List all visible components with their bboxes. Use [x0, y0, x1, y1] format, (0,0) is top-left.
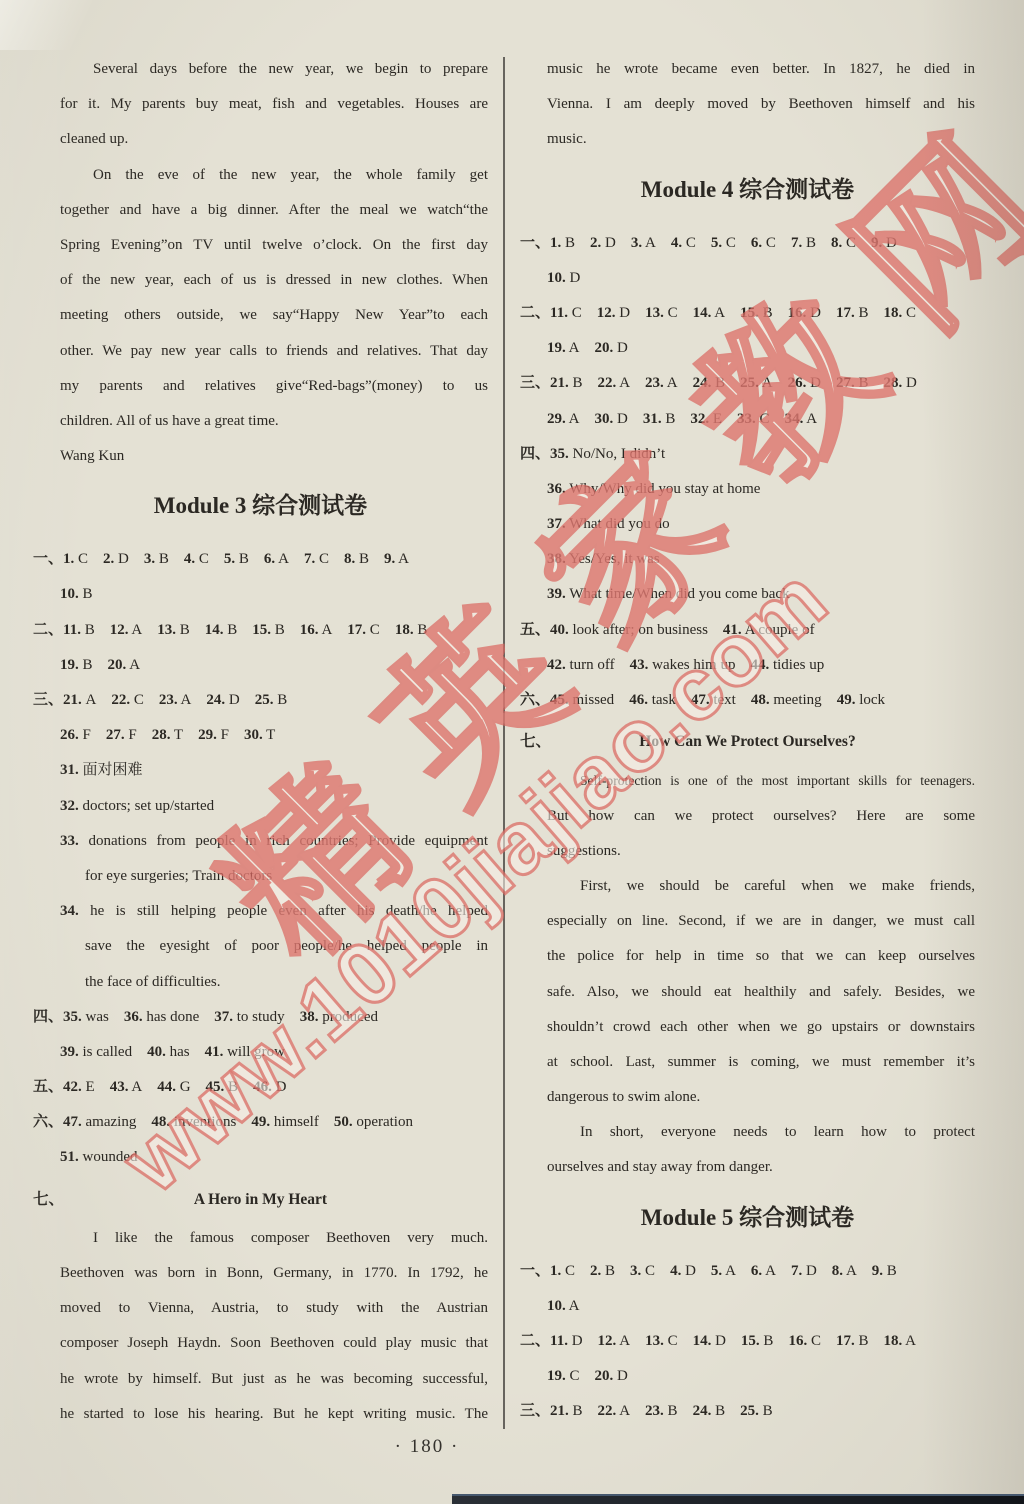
answer-number: 15.: [740, 305, 759, 321]
module-heading: Module 4 综合测试卷: [520, 170, 975, 210]
answer-number: 16.: [788, 1333, 807, 1349]
body-line: meeting others outside, we say“Happy New…: [33, 298, 488, 333]
answer-number: 25.: [255, 692, 274, 708]
answer-number: 28.: [152, 727, 171, 743]
answer-number: 13.: [157, 622, 176, 638]
section-marker: 一、: [33, 551, 63, 567]
page-number: · 180 ·: [372, 1436, 482, 1458]
passage-title-text: A Hero in My Heart: [194, 1191, 327, 1208]
answer-line: 三、21. B 22. A 23. A 24. B 25. A 26. D 27…: [520, 366, 975, 401]
section-marker: 一、: [520, 1263, 550, 1279]
answer-line: 36. Why/Why did you stay at home: [520, 472, 975, 507]
signature: Wang Kun: [33, 439, 488, 474]
passage-title: 七、How Can We Protect Ourselves?: [520, 724, 975, 759]
workbook-answer-page: Several days before the new year, we beg…: [0, 0, 1024, 1504]
answer-number: 31.: [60, 762, 79, 778]
answer-number: 49.: [251, 1114, 270, 1130]
body-line: of the new year, each of us is dressed i…: [33, 263, 488, 298]
answer-number: 24.: [206, 692, 225, 708]
answer-number: 15.: [252, 622, 271, 638]
answer-number: 7.: [791, 1263, 802, 1279]
answer-line: 42. turn off 43. wakes him up 44. tidies…: [520, 648, 975, 683]
answer-number: 20.: [595, 1368, 614, 1384]
answer-number: 3.: [631, 235, 642, 251]
answer-number: 2.: [103, 551, 114, 567]
answer-number: 27.: [836, 375, 855, 391]
answer-number: 32.: [690, 411, 709, 427]
body-line: my parents and relatives give“Red-bags”(…: [33, 369, 488, 404]
answer-number: 2.: [590, 235, 601, 251]
answer-number: 46.: [629, 692, 648, 708]
answer-number: 10.: [60, 586, 79, 602]
body-line: First, we should be careful when we make…: [520, 869, 975, 904]
answer-number: 26.: [788, 375, 807, 391]
body-line: moved to Vienna, Austria, to study with …: [33, 1291, 488, 1326]
body-line: safe. Also, we should eat healthily and …: [520, 975, 975, 1010]
answer-number: 32.: [60, 798, 79, 814]
answer-number: 34.: [785, 411, 804, 427]
answer-number: 18.: [395, 622, 414, 638]
answer-number: 47.: [691, 692, 710, 708]
section-marker: 三、: [33, 692, 63, 708]
answer-number: 35.: [550, 446, 569, 462]
body-line: But how can we protect ourselves? Here a…: [520, 799, 975, 834]
answer-line: 39. What time/When did you come back: [520, 577, 975, 612]
section-marker: 三、: [520, 375, 550, 391]
answer-number: 21.: [550, 1403, 569, 1419]
body-line: shouldn’t crowd each other when we go up…: [520, 1010, 975, 1045]
answer-number: 4.: [670, 1263, 681, 1279]
body-line: the police for help in time so that we c…: [520, 939, 975, 974]
answer-number: 21.: [550, 375, 569, 391]
answer-number: 45.: [206, 1079, 225, 1095]
answer-number: 9.: [872, 1263, 883, 1279]
body-line: On the eve of the new year, the whole fa…: [33, 158, 488, 193]
section-marker: 六、: [33, 1114, 63, 1130]
body-line: In short, everyone needs to learn how to…: [520, 1115, 975, 1150]
answer-number: 10.: [547, 270, 566, 286]
answer-line: 10. A: [520, 1289, 975, 1324]
answer-number: 23.: [645, 1403, 664, 1419]
body-line: music he wrote became even better. In 18…: [520, 52, 975, 87]
answer-number: 3.: [144, 551, 155, 567]
answer-line: 六、45. missed 46. task 47. text 48. meeti…: [520, 683, 975, 718]
answer-number: 38.: [547, 551, 566, 567]
answer-number: 37.: [547, 516, 566, 532]
answer-number: 19.: [60, 657, 79, 673]
answer-number: 48.: [751, 692, 770, 708]
answer-number: 25.: [740, 1403, 759, 1419]
answer-number: 51.: [60, 1149, 79, 1165]
photo-corner-highlight: [0, 0, 150, 50]
section-marker: 五、: [520, 622, 550, 638]
body-line: Spring Evening”on TV until twelve o’cloc…: [33, 228, 488, 263]
answer-number: 24.: [693, 375, 712, 391]
answer-number: 41.: [205, 1044, 224, 1060]
answer-number: 18.: [883, 305, 902, 321]
passage-title-text: How Can We Protect Ourselves?: [639, 733, 855, 750]
section-marker: 二、: [520, 305, 550, 321]
body-line: children. All of us have a great time.: [33, 404, 488, 439]
answer-line: 37. What did you do: [520, 507, 975, 542]
body-line: music.: [520, 122, 975, 157]
section-marker: 三、: [520, 1403, 550, 1419]
answer-line: 10. B: [33, 577, 488, 612]
body-line: together and have a big dinner. After th…: [33, 193, 488, 228]
answer-number: 19.: [547, 340, 566, 356]
body-line: Several days before the new year, we beg…: [33, 52, 488, 87]
answer-number: 12.: [598, 1333, 617, 1349]
answer-number: 6.: [751, 1263, 762, 1279]
answer-number: 29.: [198, 727, 217, 743]
answer-line: 26. F 27. F 28. T 29. F 30. T: [33, 718, 488, 753]
answer-line: 三、21. A 22. C 23. A 24. D 25. B: [33, 683, 488, 718]
answer-number: 44.: [157, 1079, 176, 1095]
answer-number: 47.: [63, 1114, 82, 1130]
answer-number: 34.: [60, 903, 79, 919]
answer-number: 36.: [124, 1009, 143, 1025]
answer-line: 二、11. C 12. D 13. C 14. A 15. B 16. D 17…: [520, 296, 975, 331]
answer-number: 50.: [334, 1114, 353, 1130]
answer-number: 6.: [264, 551, 275, 567]
answer-number: 20.: [595, 340, 614, 356]
answer-number: 38.: [300, 1009, 319, 1025]
answer-number: 35.: [63, 1009, 82, 1025]
answer-number: 30.: [244, 727, 263, 743]
answer-number: 29.: [547, 411, 566, 427]
answer-number: 17.: [347, 622, 366, 638]
section-marker: 七、: [33, 1182, 64, 1217]
column-divider: [503, 57, 505, 1429]
answer-number: 16.: [300, 622, 319, 638]
body-line: cleaned up.: [33, 122, 488, 157]
answer-number: 28.: [883, 375, 902, 391]
answer-number: 14.: [693, 305, 712, 321]
answer-number: 27.: [106, 727, 125, 743]
answer-number: 39.: [60, 1044, 79, 1060]
answer-number: 18.: [883, 1333, 902, 1349]
answer-line: 二、11. D 12. A 13. C 14. D 15. B 16. C 17…: [520, 1324, 975, 1359]
answer-line: 39. is called 40. has 41. will grow: [33, 1035, 488, 1070]
section-marker: 四、: [33, 1009, 63, 1025]
passage-title: 七、A Hero in My Heart: [33, 1182, 488, 1217]
answer-number: 5.: [711, 1263, 722, 1279]
body-line: for it. My parents buy meat, fish and ve…: [33, 87, 488, 122]
answer-number: 13.: [645, 1333, 664, 1349]
answer-line: 四、35. was 36. has done 37. to study 38. …: [33, 1000, 488, 1035]
answer-number: 8.: [831, 235, 842, 251]
right-column: music he wrote became even better. In 18…: [520, 0, 975, 1430]
answer-number: 10.: [547, 1298, 566, 1314]
body-line: other. We pay new year calls to friends …: [33, 334, 488, 369]
answer-number: 24.: [693, 1403, 712, 1419]
answer-number: 43.: [110, 1079, 129, 1095]
answer-line: 33. donations from people in rich countr…: [33, 824, 488, 859]
answer-number: 15.: [741, 1333, 760, 1349]
answer-number: 8.: [344, 551, 355, 567]
answer-line: 31. 面对困难: [33, 753, 488, 788]
answer-number: 6.: [751, 235, 762, 251]
body-line: ourselves and stay away from danger.: [520, 1150, 975, 1185]
answer-line: 一、1. C 2. B 3. C 4. D 5. A 6. A 7. D 8. …: [520, 1254, 975, 1289]
answer-continuation: save the eyesight of poor people/he help…: [33, 929, 488, 964]
answer-number: 23.: [159, 692, 178, 708]
section-marker: 六、: [520, 692, 550, 708]
body-line: dangerous to swim alone.: [520, 1080, 975, 1115]
section-marker: 七、: [520, 724, 551, 759]
module-heading: Module 5 综合测试卷: [520, 1198, 975, 1238]
section-marker: 二、: [33, 622, 63, 638]
answer-line: 19. B 20. A: [33, 648, 488, 683]
answer-number: 22.: [598, 375, 617, 391]
answer-number: 13.: [645, 305, 664, 321]
body-line: especially on line. Second, if we are in…: [520, 904, 975, 939]
answer-number: 8.: [832, 1263, 843, 1279]
answer-number: 11.: [63, 622, 81, 638]
answer-line: 32. doctors; set up/started: [33, 789, 488, 824]
module-heading: Module 3 综合测试卷: [33, 486, 488, 526]
answer-number: 41.: [723, 622, 742, 638]
answer-number: 25.: [740, 375, 759, 391]
answer-line: 34. he is still helping people even afte…: [33, 894, 488, 929]
section-marker: 二、: [520, 1333, 550, 1349]
answer-number: 1.: [550, 235, 561, 251]
answer-number: 40.: [147, 1044, 166, 1060]
answer-line: 19. A 20. D: [520, 331, 975, 366]
answer-number: 16.: [788, 305, 807, 321]
answer-number: 20.: [108, 657, 127, 673]
body-line: at school. Last, summer is coming, we mu…: [520, 1045, 975, 1080]
answer-number: 1.: [63, 551, 74, 567]
answer-continuation: the face of difficulties.: [33, 965, 488, 1000]
answer-number: 48.: [151, 1114, 170, 1130]
answer-number: 33.: [737, 411, 756, 427]
answer-line: 五、40. look after; on business 41. A coup…: [520, 613, 975, 648]
body-line: he wrote by himself. But just as he was …: [33, 1362, 488, 1397]
answer-number: 33.: [60, 833, 79, 849]
answer-number: 4.: [671, 235, 682, 251]
body-line: he started to lose his hearing. But he k…: [33, 1397, 488, 1432]
answer-number: 40.: [550, 622, 569, 638]
answer-number: 44.: [750, 657, 769, 673]
section-marker: 五、: [33, 1079, 63, 1095]
answer-number: 11.: [550, 305, 568, 321]
answer-line: 二、11. B 12. A 13. B 14. B 15. B 16. A 17…: [33, 613, 488, 648]
answer-number: 42.: [63, 1079, 82, 1095]
answer-number: 12.: [110, 622, 129, 638]
answer-number: 12.: [597, 305, 616, 321]
answer-number: 49.: [837, 692, 856, 708]
answer-number: 30.: [595, 411, 614, 427]
answer-number: 14.: [205, 622, 224, 638]
answer-number: 17.: [836, 305, 855, 321]
answer-number: 26.: [60, 727, 79, 743]
answer-number: 14.: [693, 1333, 712, 1349]
section-marker: 一、: [520, 235, 550, 251]
answer-number: 7.: [791, 235, 802, 251]
answer-line: 29. A 30. D 31. B 32. E 33. C 34. A: [520, 402, 975, 437]
answer-number: 22.: [111, 692, 130, 708]
answer-line: 三、21. B 22. A 23. B 24. B 25. B: [520, 1394, 975, 1429]
body-line: Beethoven was born in Bonn, Germany, in …: [33, 1256, 488, 1291]
answer-line: 19. C 20. D: [520, 1359, 975, 1394]
answer-number: 23.: [645, 375, 664, 391]
body-line: I like the famous composer Beethoven ver…: [33, 1221, 488, 1256]
answer-number: 37.: [214, 1009, 233, 1025]
answer-number: 7.: [304, 551, 315, 567]
answer-number: 5.: [224, 551, 235, 567]
answer-line: 51. wounded: [33, 1140, 488, 1175]
section-marker: 四、: [520, 446, 550, 462]
answer-number: 43.: [630, 657, 649, 673]
left-column: Several days before the new year, we beg…: [33, 0, 488, 1432]
answer-number: 19.: [547, 1368, 566, 1384]
answer-number: 9.: [384, 551, 395, 567]
answer-number: 1.: [550, 1263, 561, 1279]
answer-line: 一、1. C 2. D 3. B 4. C 5. B 6. A 7. C 8. …: [33, 542, 488, 577]
answer-number: 31.: [643, 411, 662, 427]
answer-number: 36.: [547, 481, 566, 497]
answer-number: 22.: [598, 1403, 617, 1419]
answer-line: 10. D: [520, 261, 975, 296]
answer-number: 5.: [711, 235, 722, 251]
answer-line: 五、42. E 43. A 44. G 45. B 46. D: [33, 1070, 488, 1105]
answer-line: 四、35. No/No, I didn’t: [520, 437, 975, 472]
answer-line: 38. Yes/Yes, it was: [520, 542, 975, 577]
body-line: composer Joseph Haydn. Soon Beethoven co…: [33, 1326, 488, 1361]
answer-number: 39.: [547, 586, 566, 602]
body-line: suggestions.: [520, 834, 975, 869]
photo-edge-strip: [452, 1494, 1024, 1504]
answer-number: 3.: [630, 1263, 641, 1279]
answer-line: 一、1. B 2. D 3. A 4. C 5. C 6. C 7. B 8. …: [520, 226, 975, 261]
answer-number: 45.: [550, 692, 569, 708]
answer-line: 六、47. amazing 48. inventions 49. himself…: [33, 1105, 488, 1140]
answer-number: 2.: [590, 1263, 601, 1279]
answer-number: 9.: [871, 235, 882, 251]
answer-number: 21.: [63, 692, 82, 708]
answer-number: 17.: [836, 1333, 855, 1349]
body-line: Self-protection is one of the most impor…: [520, 763, 975, 798]
answer-continuation: for eye surgeries; Train doctors: [33, 859, 488, 894]
body-line: Vienna. I am deeply moved by Beethoven h…: [520, 87, 975, 122]
answer-number: 42.: [547, 657, 566, 673]
answer-number: 4.: [184, 551, 195, 567]
answer-number: 11.: [550, 1333, 568, 1349]
answer-number: 46.: [253, 1079, 272, 1095]
